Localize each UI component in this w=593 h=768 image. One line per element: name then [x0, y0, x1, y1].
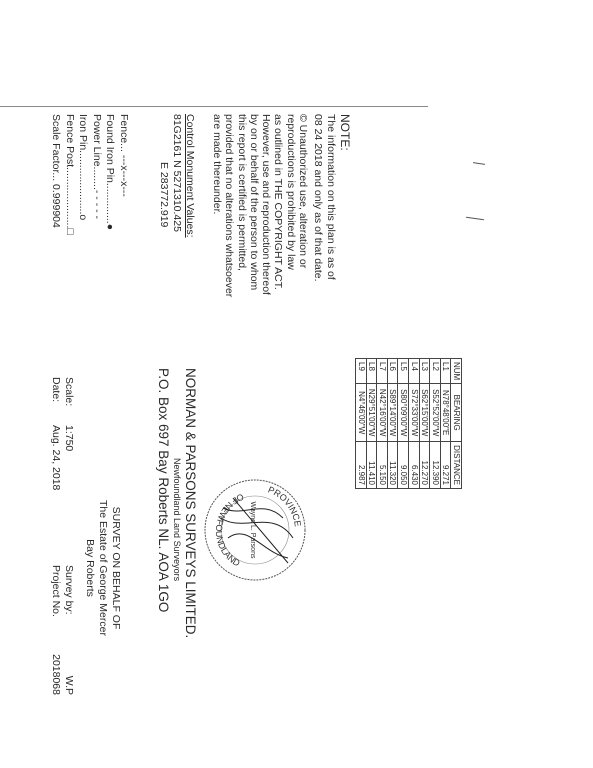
copyright-block: © Unauthorized use, alteration or reprod… [211, 114, 309, 297]
svg-text:OF NEWFOUNDLAND: OF NEWFOUNDLAND [214, 492, 246, 569]
title-footer: Scale:1:750Survey by:W.P Date:Aug. 24, 2… [49, 377, 75, 695]
copyright-line: © Unauthorized use, alteration or [297, 114, 309, 297]
page-edge-line [0, 106, 428, 107]
legend-item: Iron Pin......................o [76, 114, 90, 235]
table-row: L1N78°48'00"E9.271 [440, 359, 451, 489]
table-row: L8N29°51'00"W11.410 [366, 359, 377, 489]
mark [473, 162, 485, 165]
company-name: NORMAN & PARSONS SURVEYS LIMITED. [182, 368, 198, 638]
control-line: 81G2161 N 5271310.425 [170, 114, 183, 238]
table-row: L2S52°52'00"W12.390 [430, 359, 441, 489]
behalf-heading: SURVEY ON BEHALF OF [109, 468, 122, 668]
legend-item: Power Line........- - - - - [90, 114, 104, 235]
bearing-table: NUM BEARING DISTANCE L1N78°48'00"E9.271L… [355, 358, 462, 489]
note-block: NOTE: The information on this plan is as… [311, 114, 352, 282]
table-row: L7N42°16'00"W5.150 [377, 359, 388, 489]
table-row: L9N4°46'00"W2.987 [356, 359, 367, 489]
footer-row: Scale:1:750Survey by:W.P [62, 377, 75, 695]
copyright-line: reproductions is prohibited by law [284, 114, 296, 297]
control-title: Control Monument Values: [183, 114, 196, 238]
legend-item: Scale Factor... 0.999904 [49, 114, 63, 235]
company-subtitle: Newfoundland Land Surveyors [171, 368, 182, 638]
company-block: NORMAN & PARSONS SURVEYS LIMITED. Newfou… [155, 368, 198, 638]
survey-behalf-block: SURVEY ON BEHALF OF The Estate of George… [83, 468, 122, 668]
copyright-line: are made thereunder. [211, 114, 223, 297]
note-line: 08 24 2018 and only as of that date. [311, 114, 324, 282]
copyright-line: However, use and reproduction thereof [260, 114, 272, 297]
copyright-line: as outlined in THE COPYRIGHT ACT. [272, 114, 284, 297]
table-header-row: NUM BEARING DISTANCE [451, 359, 462, 489]
company-address: P.O. Box 697 Bay Roberts NL. AOA 1GO [155, 368, 171, 638]
note-line: The information on this plan is as of [324, 114, 337, 282]
behalf-client: The Estate of George Mercer [96, 468, 109, 668]
copyright-line: this report is certified is permitted, [235, 114, 247, 297]
copyright-line: by on or behalf of the person to whom [248, 114, 260, 297]
note-title: NOTE: [337, 114, 352, 282]
table-row: L3S62°15'00"W12.270 [419, 359, 430, 489]
legend-item: Found Iron Pin..............● [103, 114, 117, 235]
svg-text:PROVINCE: PROVINCE [267, 484, 303, 527]
table-row: L4S72°33'00"W6.430 [409, 359, 420, 489]
control-monument-block: Control Monument Values: 81G2161 N 52713… [157, 114, 196, 238]
mark [466, 217, 484, 220]
footer-row: Date:Aug. 24, 2018Project No.2018068 [49, 377, 62, 695]
legend-block: Fence... ---x---x--- Found Iron Pin.....… [49, 114, 130, 235]
control-line: E 283772.919 [157, 114, 170, 238]
legend-item: Fence Post.....................□ [63, 114, 77, 235]
surveyor-seal-icon: PROVINCE OF NEWFOUNDLAND Wayne L. Parson… [203, 478, 308, 583]
behalf-location: Bay Roberts [83, 468, 96, 668]
table-row: L5S80°09'00"W9.050 [398, 359, 409, 489]
legend-item: Fence... ---x---x--- [117, 114, 131, 235]
copyright-line: provided that no alterations whatsoever [223, 114, 235, 297]
table-row: L6S89°14'00"W11.320 [387, 359, 398, 489]
